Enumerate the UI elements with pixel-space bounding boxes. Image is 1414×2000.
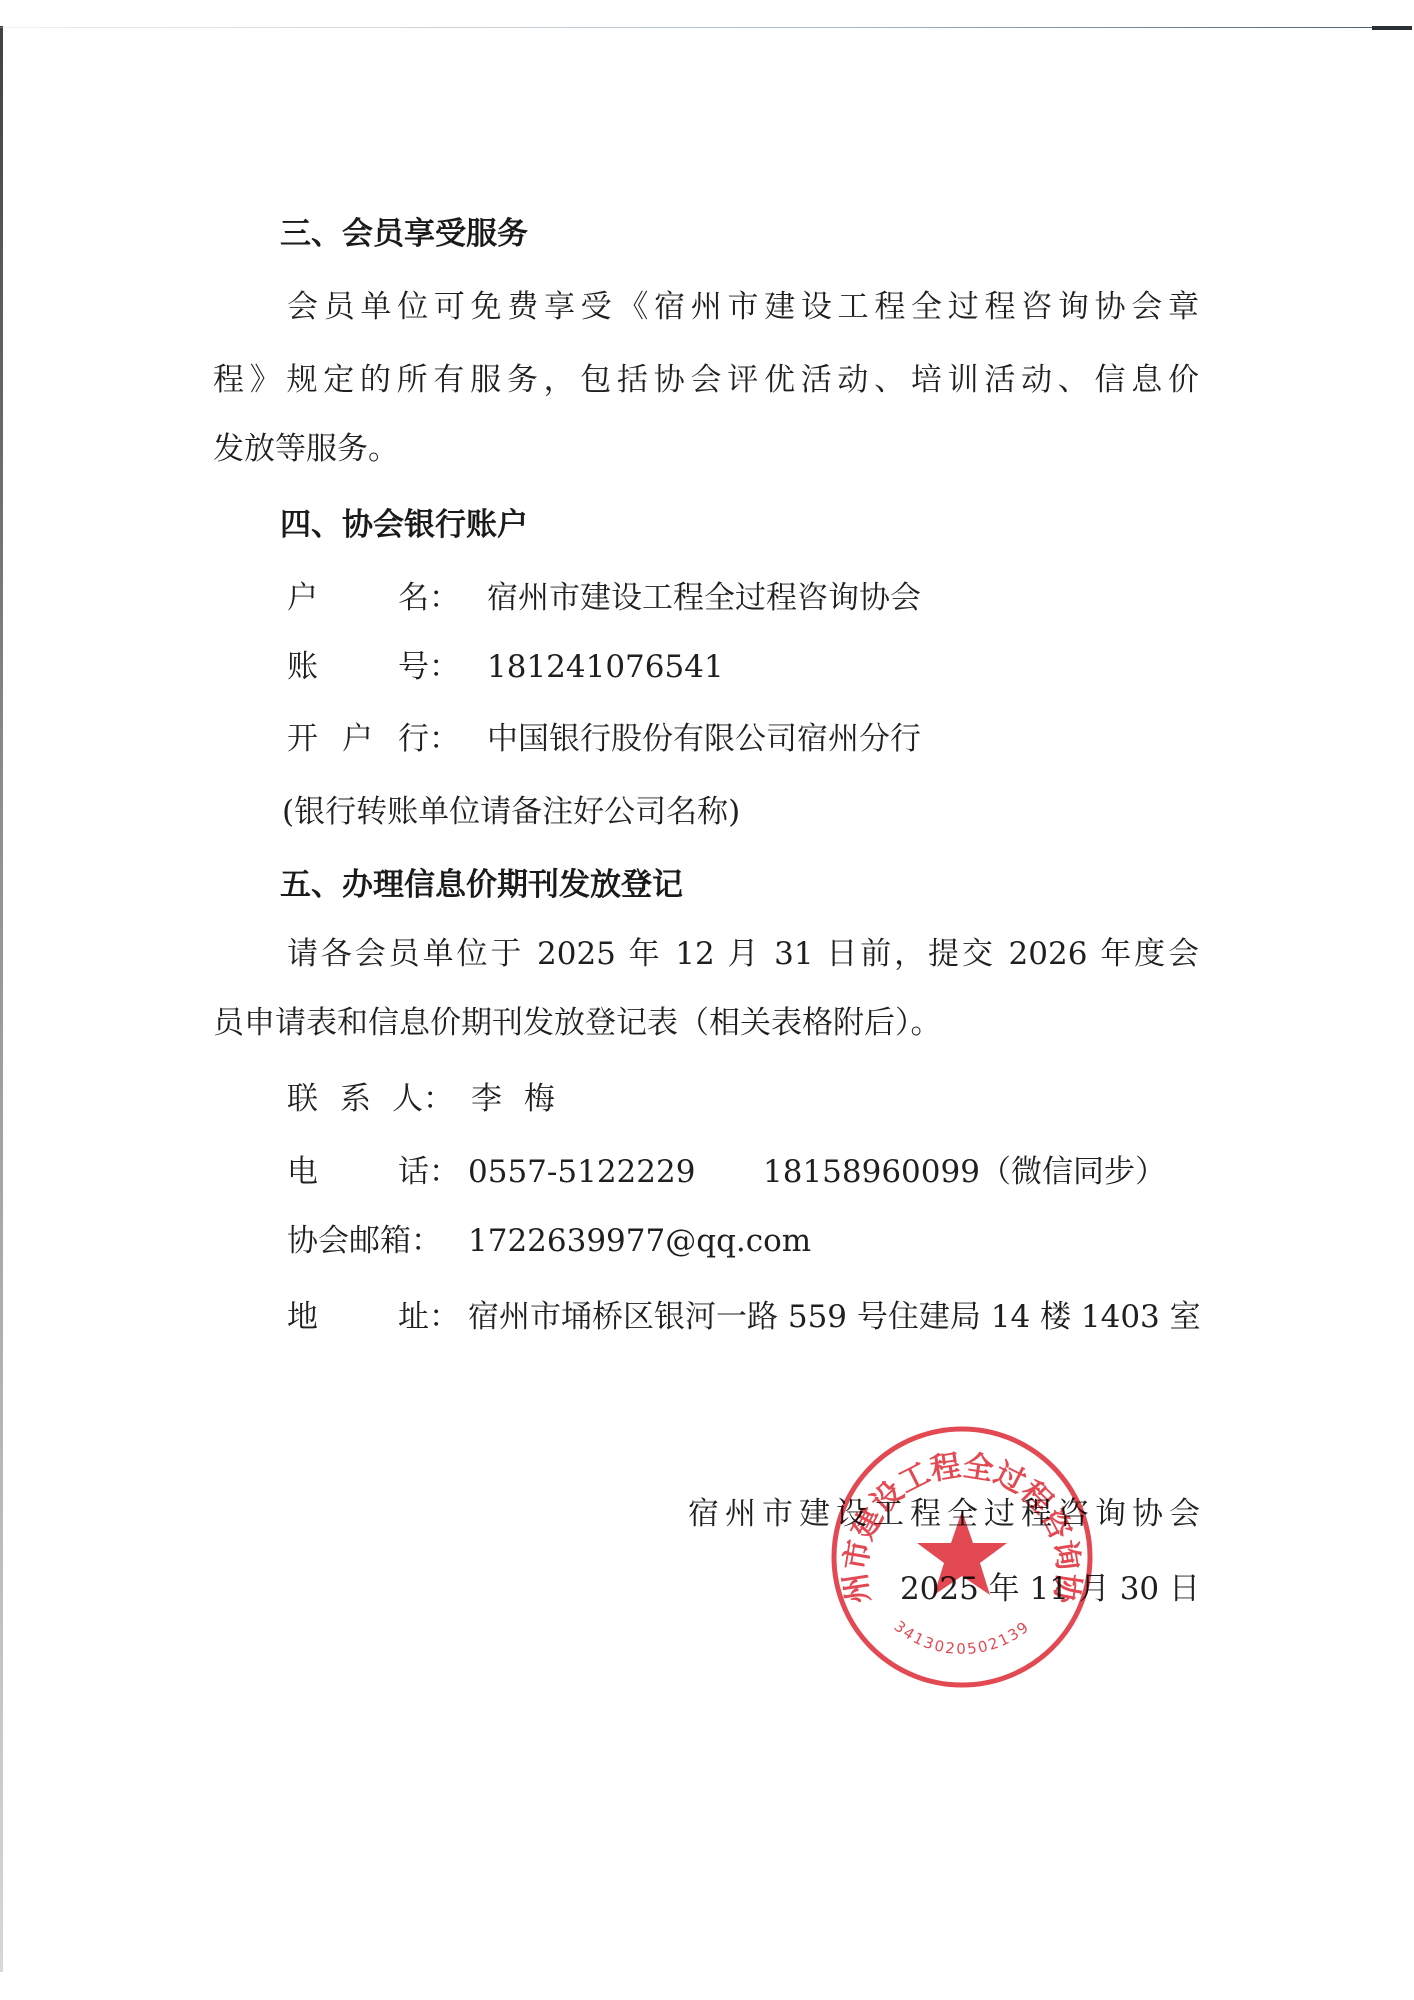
paragraph-line: 请各会员单位于 2025 年 12 月 31 日前，提交 2026 年度会	[287, 934, 1199, 974]
scan-edge-mark	[1372, 26, 1412, 30]
field-label: 话：	[398, 1152, 460, 1192]
email-value: 1722639977@qq.com	[468, 1221, 811, 1261]
field-label: 户	[342, 719, 373, 759]
field-label: 号：	[398, 647, 460, 687]
field-label: 协会邮箱：	[287, 1221, 442, 1261]
seal-ring	[834, 1429, 1090, 1685]
section-heading-registration: 五、办理信息价期刊发放登记	[280, 865, 683, 905]
scan-edge-top	[0, 27, 1372, 28]
field-label: 行：	[398, 719, 460, 759]
bank-name-value: 中国银行股份有限公司宿州分行	[487, 719, 921, 759]
seal-code: 3413020502139	[891, 1617, 1034, 1658]
phone-landline-value: 0557-5122229	[468, 1152, 695, 1192]
section-heading-member-services: 三、会员享受服务	[280, 214, 528, 254]
field-label: 名：	[398, 578, 460, 618]
field-label: 电	[287, 1152, 318, 1192]
field-label: 人：	[392, 1079, 454, 1119]
field-label: 地	[287, 1297, 318, 1337]
field-label: 址：	[398, 1297, 460, 1337]
paragraph-line: 发放等服务。	[213, 429, 1199, 469]
address-value: 宿州市埇桥区银河一路 559 号住建局 14 楼 1403 室	[468, 1297, 1201, 1337]
contact-person-value: 李 梅	[471, 1079, 561, 1119]
section-heading-bank-account: 四、协会银行账户	[280, 505, 528, 545]
field-label: 账	[287, 647, 318, 687]
signature-organization: 宿州市建设工程全过程咨询协会	[688, 1494, 1200, 1534]
paragraph-line: 员申请表和信息价期刊发放登记表（相关表格附后）。	[213, 1003, 1199, 1043]
field-label: 开	[287, 719, 318, 759]
phone-mobile-value: 18158960099（微信同步）	[763, 1152, 1166, 1192]
official-seal-stamp: 宿州市建设工程全过程咨询协会 3413020502139	[830, 1425, 1094, 1689]
scan-edge-left	[0, 26, 3, 1972]
field-label: 系	[340, 1079, 371, 1119]
field-label: 联	[287, 1079, 318, 1119]
account-number-value: 181241076541	[487, 647, 724, 687]
transfer-note: (银行转账单位请备注好公司名称)	[282, 792, 740, 832]
account-name-value: 宿州市建设工程全过程咨询协会	[487, 578, 921, 618]
field-label: 户	[287, 578, 318, 618]
paragraph-line: 会员单位可免费享受《宿州市建设工程全过程咨询协会章	[287, 287, 1199, 327]
paragraph-line: 程》规定的所有服务，包括协会评优活动、培训活动、信息价	[213, 360, 1199, 400]
signature-date: 2025 年 11 月 30 日	[893, 1569, 1200, 1609]
